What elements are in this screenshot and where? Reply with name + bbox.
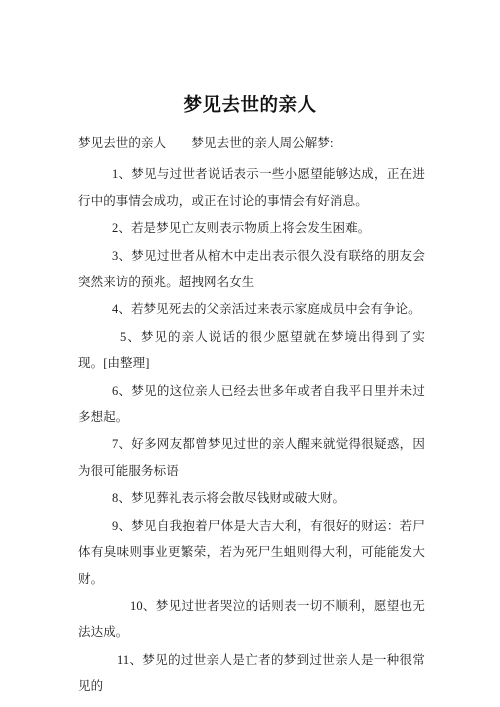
document-page: 梦见去世的亲人 梦见去世的亲人 梦见去世的亲人周公解梦: 1、梦见与过世者说话表… <box>0 0 500 707</box>
page-title: 梦见去世的亲人 <box>0 91 500 117</box>
list-item-7: 7、好多网友都曾梦见过世的亲人醒来就觉得很疑惑，因为很可能服务标语 <box>78 431 425 484</box>
list-item-5: 5、梦见的亲人说话的很少愿望就在梦境出得到了实现。[由整理] <box>78 324 425 377</box>
list-item-8: 8、梦见葬礼表示将会散尽钱财或破大财。 <box>78 485 425 511</box>
list-item-6: 6、梦见的这位亲人已经去世多年或者自我平日里并未过多想起。 <box>78 378 425 431</box>
list-item-4: 4、若梦见死去的父亲活过来表示家庭成员中会有争论。 <box>78 296 425 322</box>
list-item-9: 9、梦见自我抱着尸体是大吉大利，有很好的财运：若尸体有臭味则事业更繁荣，若为死尸… <box>78 513 425 592</box>
list-item-3: 3、梦见过世者从棺木中走出表示很久没有联络的朋友会突然来访的预兆。超拽网名女生 <box>78 243 425 296</box>
intro-line: 梦见去世的亲人 梦见去世的亲人周公解梦: <box>78 130 425 156</box>
list-item-2: 2、若是梦见亡友则表示物质上将会发生困难。 <box>78 215 425 241</box>
document-body: 梦见去世的亲人 梦见去世的亲人周公解梦: 1、梦见与过世者说话表示一些小愿望能够… <box>0 130 500 700</box>
list-item-10: 10、梦见过世者哭泣的话则表一切不顺利，愿望也无法达成。 <box>78 593 425 646</box>
list-item-1: 1、梦见与过世者说话表示一些小愿望能够达成，正在进行中的事情会成功，或正在讨论的… <box>78 161 425 214</box>
list-item-11: 11、梦见的过世亲人是亡者的梦到过世亲人是一种很常见的 <box>78 647 425 700</box>
